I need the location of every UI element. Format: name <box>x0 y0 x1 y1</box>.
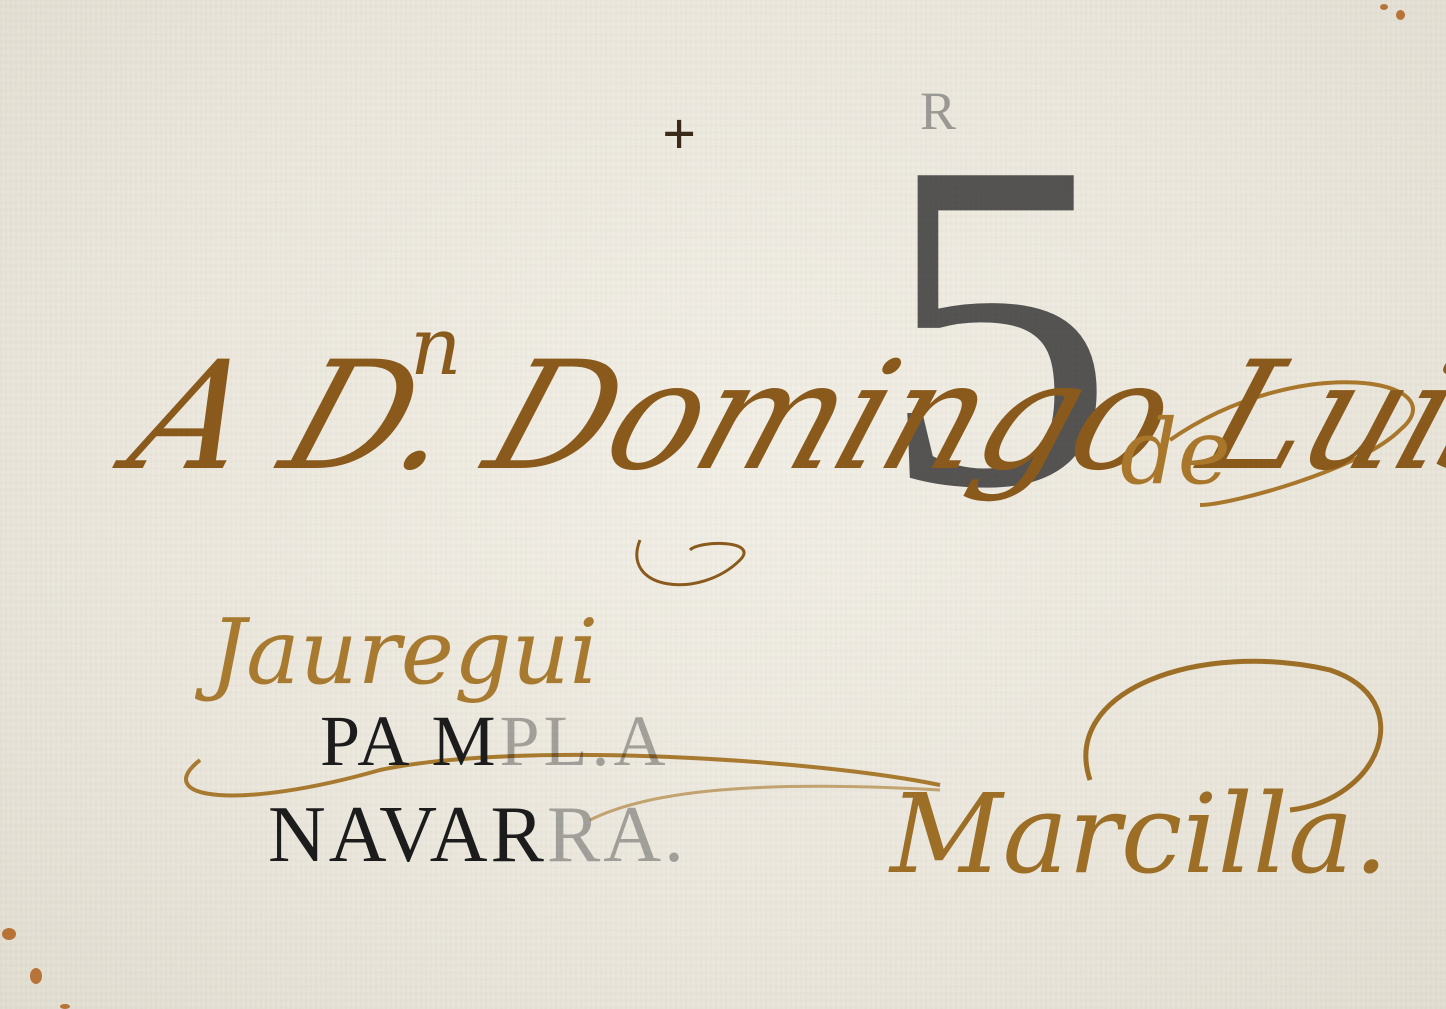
cross-mark: + <box>662 100 696 169</box>
foxing-spot <box>1380 4 1388 10</box>
foxing-spot <box>2 928 16 940</box>
foxing-spot <box>30 968 42 984</box>
surname-line: Jauregui <box>210 600 598 705</box>
postal-cover: + R 5 A D. Domingo Luis n de Jauregui PA… <box>0 0 1446 1009</box>
addressee-line: A D. Domingo Luis <box>112 330 1446 504</box>
postmark-line-1: PA MPL.A <box>320 700 670 783</box>
postmark-line-2-faded: RA. <box>547 791 687 879</box>
postmark-line-1-faded: PL.A <box>499 701 669 781</box>
postmark-line-2-clear: NAVAR <box>268 791 547 879</box>
postmark-line-2: NAVARRA. <box>268 790 687 881</box>
foxing-spot <box>1396 10 1405 20</box>
postmark-line-1-clear: PA M <box>320 701 499 781</box>
addressee-first-name: Domingo <box>468 330 1194 504</box>
foxing-spot <box>60 1004 70 1009</box>
addressee-connector: de <box>1120 400 1231 505</box>
destination-town: Marcilla. <box>890 770 1389 898</box>
title-superscript: n <box>410 300 462 393</box>
